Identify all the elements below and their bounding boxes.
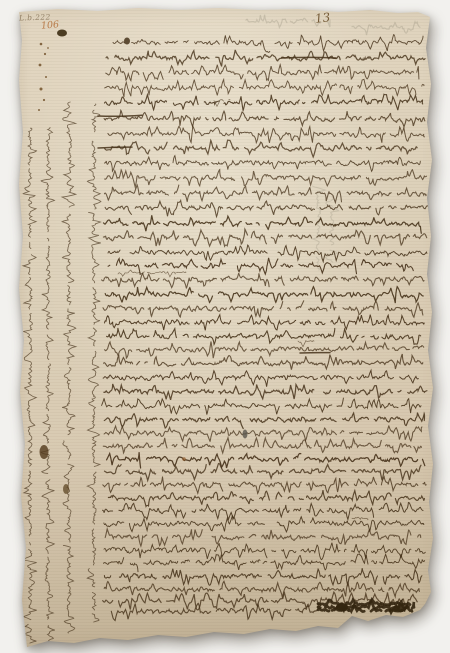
folio-number: 106 <box>41 19 60 32</box>
paper-edge-vignette <box>0 0 450 653</box>
paper-shadow <box>0 0 450 653</box>
document-photo: L.b.222 106 13 <box>0 0 450 653</box>
manuscript-page <box>0 0 450 653</box>
page-number: 13 <box>314 10 331 26</box>
